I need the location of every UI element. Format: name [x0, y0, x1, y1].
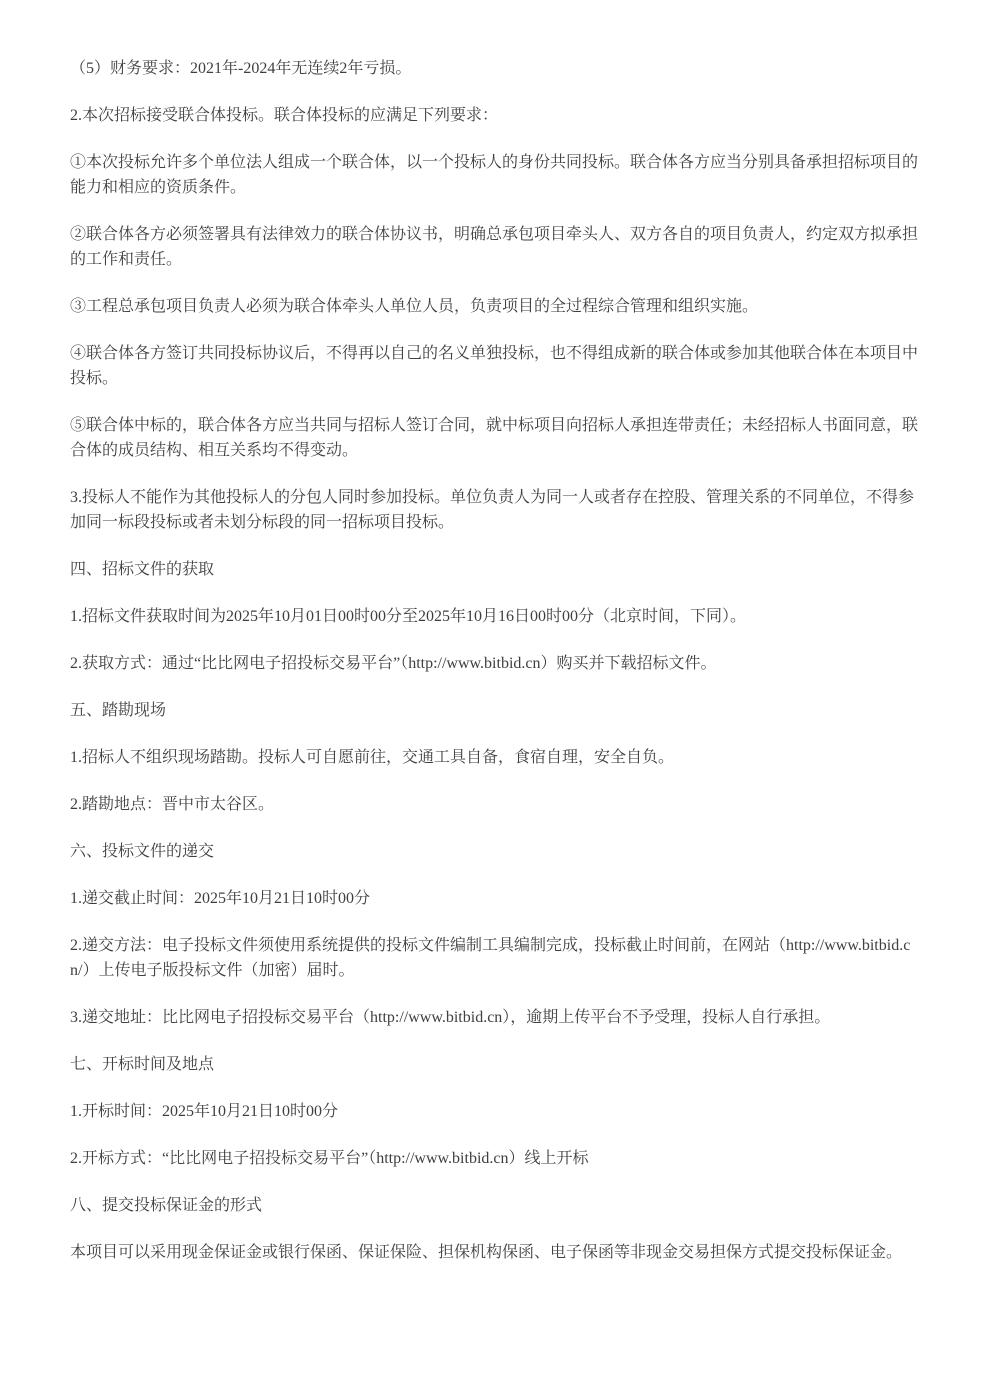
section-heading: 七、开标时间及地点 — [70, 1052, 921, 1077]
section-heading: 六、投标文件的递交 — [70, 839, 921, 864]
paragraph: ①本次投标允许多个单位法人组成一个联合体，以一个投标人的身份共同投标。联合体各方… — [70, 150, 921, 200]
document-page: （5）财务要求：2021年-2024年无连续2年亏损。2.本次招标接受联合体投标… — [0, 0, 991, 1399]
paragraph: ④联合体各方签订共同投标协议后，不得再以自己的名义单独投标，也不得组成新的联合体… — [70, 341, 921, 391]
paragraph: 1.开标时间：2025年10月21日10时00分 — [70, 1099, 921, 1124]
section-heading: 四、招标文件的获取 — [70, 557, 921, 582]
paragraph: 1.招标文件获取时间为2025年10月01日00时00分至2025年10月16日… — [70, 604, 921, 629]
paragraph: 3.递交地址：比比网电子招投标交易平台（http://www.bitbid.cn… — [70, 1005, 921, 1030]
paragraph: ②联合体各方必须签署具有法律效力的联合体协议书，明确总承包项目牵头人、双方各自的… — [70, 222, 921, 272]
paragraph: 2.开标方式：“比比网电子招投标交易平台”（http://www.bitbid.… — [70, 1146, 921, 1171]
paragraph: 2.本次招标接受联合体投标。联合体投标的应满足下列要求： — [70, 103, 921, 128]
paragraph: 本项目可以采用现金保证金或银行保函、保证保险、担保机构保函、电子保函等非现金交易… — [70, 1240, 921, 1265]
paragraph: ③工程总承包项目负责人必须为联合体牵头人单位人员，负责项目的全过程综合管理和组织… — [70, 294, 921, 319]
document-content: （5）财务要求：2021年-2024年无连续2年亏损。2.本次招标接受联合体投标… — [70, 56, 921, 1265]
paragraph: 2.递交方法：电子投标文件须使用系统提供的投标文件编制工具编制完成，投标截止时间… — [70, 933, 921, 983]
paragraph: （5）财务要求：2021年-2024年无连续2年亏损。 — [70, 56, 921, 81]
paragraph: 2.踏勘地点：晋中市太谷区。 — [70, 792, 921, 817]
paragraph: 1.招标人不组织现场踏勘。投标人可自愿前往，交通工具自备，食宿自理，安全自负。 — [70, 745, 921, 770]
paragraph: 1.递交截止时间：2025年10月21日10时00分 — [70, 886, 921, 911]
section-heading: 五、踏勘现场 — [70, 698, 921, 723]
paragraph: 2.获取方式：通过“比比网电子招投标交易平台”（http://www.bitbi… — [70, 651, 921, 676]
paragraph: 3.投标人不能作为其他投标人的分包人同时参加投标。单位负责人为同一人或者存在控股… — [70, 485, 921, 535]
paragraph: ⑤联合体中标的，联合体各方应当共同与招标人签订合同，就中标项目向招标人承担连带责… — [70, 413, 921, 463]
section-heading: 八、提交投标保证金的形式 — [70, 1193, 921, 1218]
